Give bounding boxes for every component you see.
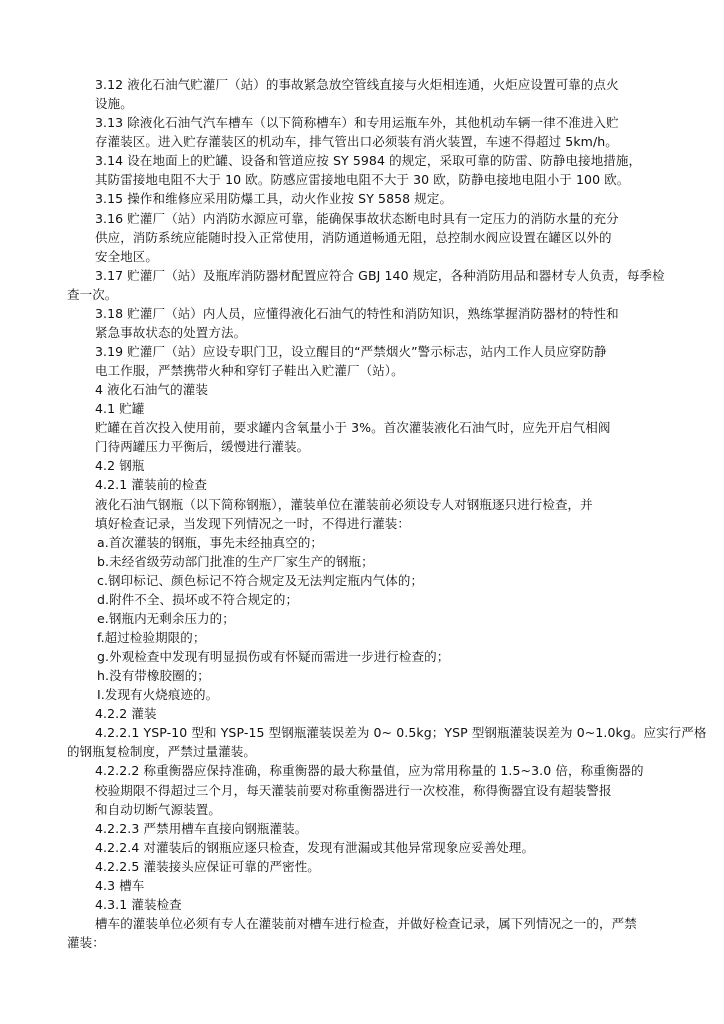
paragraph-4-2-2-2-cont: 校验期限不得超过三个月，每天灌装前要对称重衡器进行一次校准，称得衡器宜设有超装警…: [95, 783, 612, 799]
paragraph-3-13-cont: 存灌装区。进入贮存灌装区的机动车，排气管出口必须装有消火装置，车速不得超过 5k…: [95, 134, 618, 150]
list-item-b: b.未经省级劳动部门批准的生产厂家生产的钢瓶；: [97, 554, 374, 570]
paragraph-4-2-2-2-cont2: 和自动切断气源装置。: [95, 802, 221, 818]
paragraph-4-2-2-5: 4.2.2.5 灌装接头应保证可靠的严密性。: [95, 859, 320, 875]
heading-4-3: 4.3 槽车: [95, 878, 144, 894]
paragraph-3-19-cont: 电工作服，严禁携带火种和穿钉子鞋出入贮灌厂（站）。: [95, 363, 404, 379]
heading-4-2-2: 4.2.2 灌装: [95, 706, 157, 722]
paragraph-4-2-2-3: 4.2.2.3 严禁用槽车直接向钢瓶灌装。: [95, 821, 307, 837]
heading-4-3-1: 4.3.1 灌装检查: [95, 897, 182, 913]
paragraph-3-13: 3.13 除液化石油气汽车槽车（以下简称槽车）和专用运瓶车外，其他机动车辆一律不…: [95, 115, 619, 131]
paragraph-3-14-cont: 其防雷接地电阻不大于 10 欧。防感应雷接地电阻不大于 30 欧，防静电接地电阻…: [95, 172, 629, 188]
list-item-i: I.发现有火烧痕迹的。: [97, 687, 218, 703]
paragraph-4-2-1-cont: 填好检查记录，当发现下列情况之一时，不得进行灌装：: [95, 516, 410, 532]
paragraph-3-18: 3.18 贮灌厂（站）内人员，应懂得液化石油气的特性和消防知识，熟练掌握消防器材…: [95, 306, 619, 322]
paragraph-4-3-1: 槽车的灌装单位必须有专人在灌装前对槽车进行检查，并做好检查记录，属下列情况之一的…: [95, 916, 637, 932]
list-item-e: e.钢瓶内无剩余压力的；: [97, 611, 235, 627]
list-item-g: g.外观检查中发现有明显损伤或有怀疑而需进一步进行检查的；: [97, 649, 449, 665]
paragraph-3-16-cont2: 安全地区。: [95, 249, 158, 265]
heading-4-1: 4.1 贮罐: [95, 401, 144, 417]
paragraph-4-1-cont: 门待两罐压力平衡后，缓慢进行灌装。: [95, 439, 309, 455]
paragraph-3-14: 3.14 设在地面上的贮罐、设备和管道应按 SY 5984 的规定，采取可靠的防…: [95, 153, 641, 169]
paragraph-4-2-2-4: 4.2.2.4 对灌装后的钢瓶应逐只检查，发现有泄漏或其他异常现象应妥善处理。: [95, 840, 534, 856]
paragraph-4-3-1-cont: 灌装：: [67, 935, 105, 951]
paragraph-4-2-2-2: 4.2.2.2 称重衡器应保持准确，称重衡器的最大称量值，应为常用称量的 1.5…: [95, 763, 644, 779]
list-item-h: h.没有带橡胶圈的；: [97, 668, 210, 684]
paragraph-3-16-cont: 供应，消防系统应能随时投入正常使用，消防通道畅通无阻，总控制水阀应设置在罐区以外…: [95, 230, 612, 246]
paragraph-3-12: 3.12 液化石油气贮灌厂（站）的事故紧急放空管线直接与火炬相连通，火炬应设置可…: [95, 77, 619, 93]
list-item-a: a.首次灌装的钢瓶，事先未经抽真空的；: [97, 535, 323, 551]
paragraph-3-15: 3.15 操作和维修应采用防爆工具，动火作业按 SY 5858 规定。: [95, 191, 452, 207]
list-item-c: c.钢印标记、颜色标记不符合规定及无法判定瓶内气体的；: [97, 573, 423, 589]
paragraph-4-1: 贮罐在首次投入使用前，要求罐内含氧量小于 3%。首次灌装液化石油气时，应先开启气…: [95, 420, 611, 436]
paragraph-3-16: 3.16 贮灌厂（站）内消防水源应可靠，能确保事故状态断电时具有一定压力的消防水…: [95, 211, 619, 227]
paragraph-4-2-2-1-cont: 的钢瓶复检制度，严禁过量灌装。: [67, 744, 256, 760]
paragraph-4-2-2-1: 4.2.2.1 YSP-10 型和 YSP-15 型钢瓶灌装误差为 0~ 0.5…: [95, 725, 706, 741]
paragraph-3-19: 3.19 贮灌厂（站）应设专职门卫，设立醒目的“严禁烟火”警示标志，站内工作人员…: [95, 344, 607, 360]
paragraph-3-17-cont: 查一次。: [67, 287, 117, 303]
document-page: 3.12 液化石油气贮灌厂（站）的事故紧急放空管线直接与火炬相连通，火炬应设置可…: [0, 0, 724, 1024]
paragraph-3-17: 3.17 贮灌厂（站）及瓶库消防器材配置应符合 GBJ 140 规定，各种消防用…: [95, 268, 665, 284]
paragraph-3-12-cont: 设施。: [95, 96, 133, 112]
list-item-f: f.超过检验期限的；: [97, 630, 205, 646]
list-item-d: d.附件不全、损坏或不符合规定的；: [97, 592, 298, 608]
heading-section-4: 4 液化石油气的灌装: [95, 382, 208, 398]
heading-4-2: 4.2 钢瓶: [95, 458, 144, 474]
paragraph-4-2-1: 液化石油气钢瓶（以下简称钢瓶），灌装单位在灌装前必须设专人对钢瓶逐只进行检查，并: [95, 497, 593, 513]
heading-4-2-1: 4.2.1 灌装前的检查: [95, 477, 207, 493]
paragraph-3-18-cont: 紧急事故状态的处置方法。: [95, 325, 246, 341]
